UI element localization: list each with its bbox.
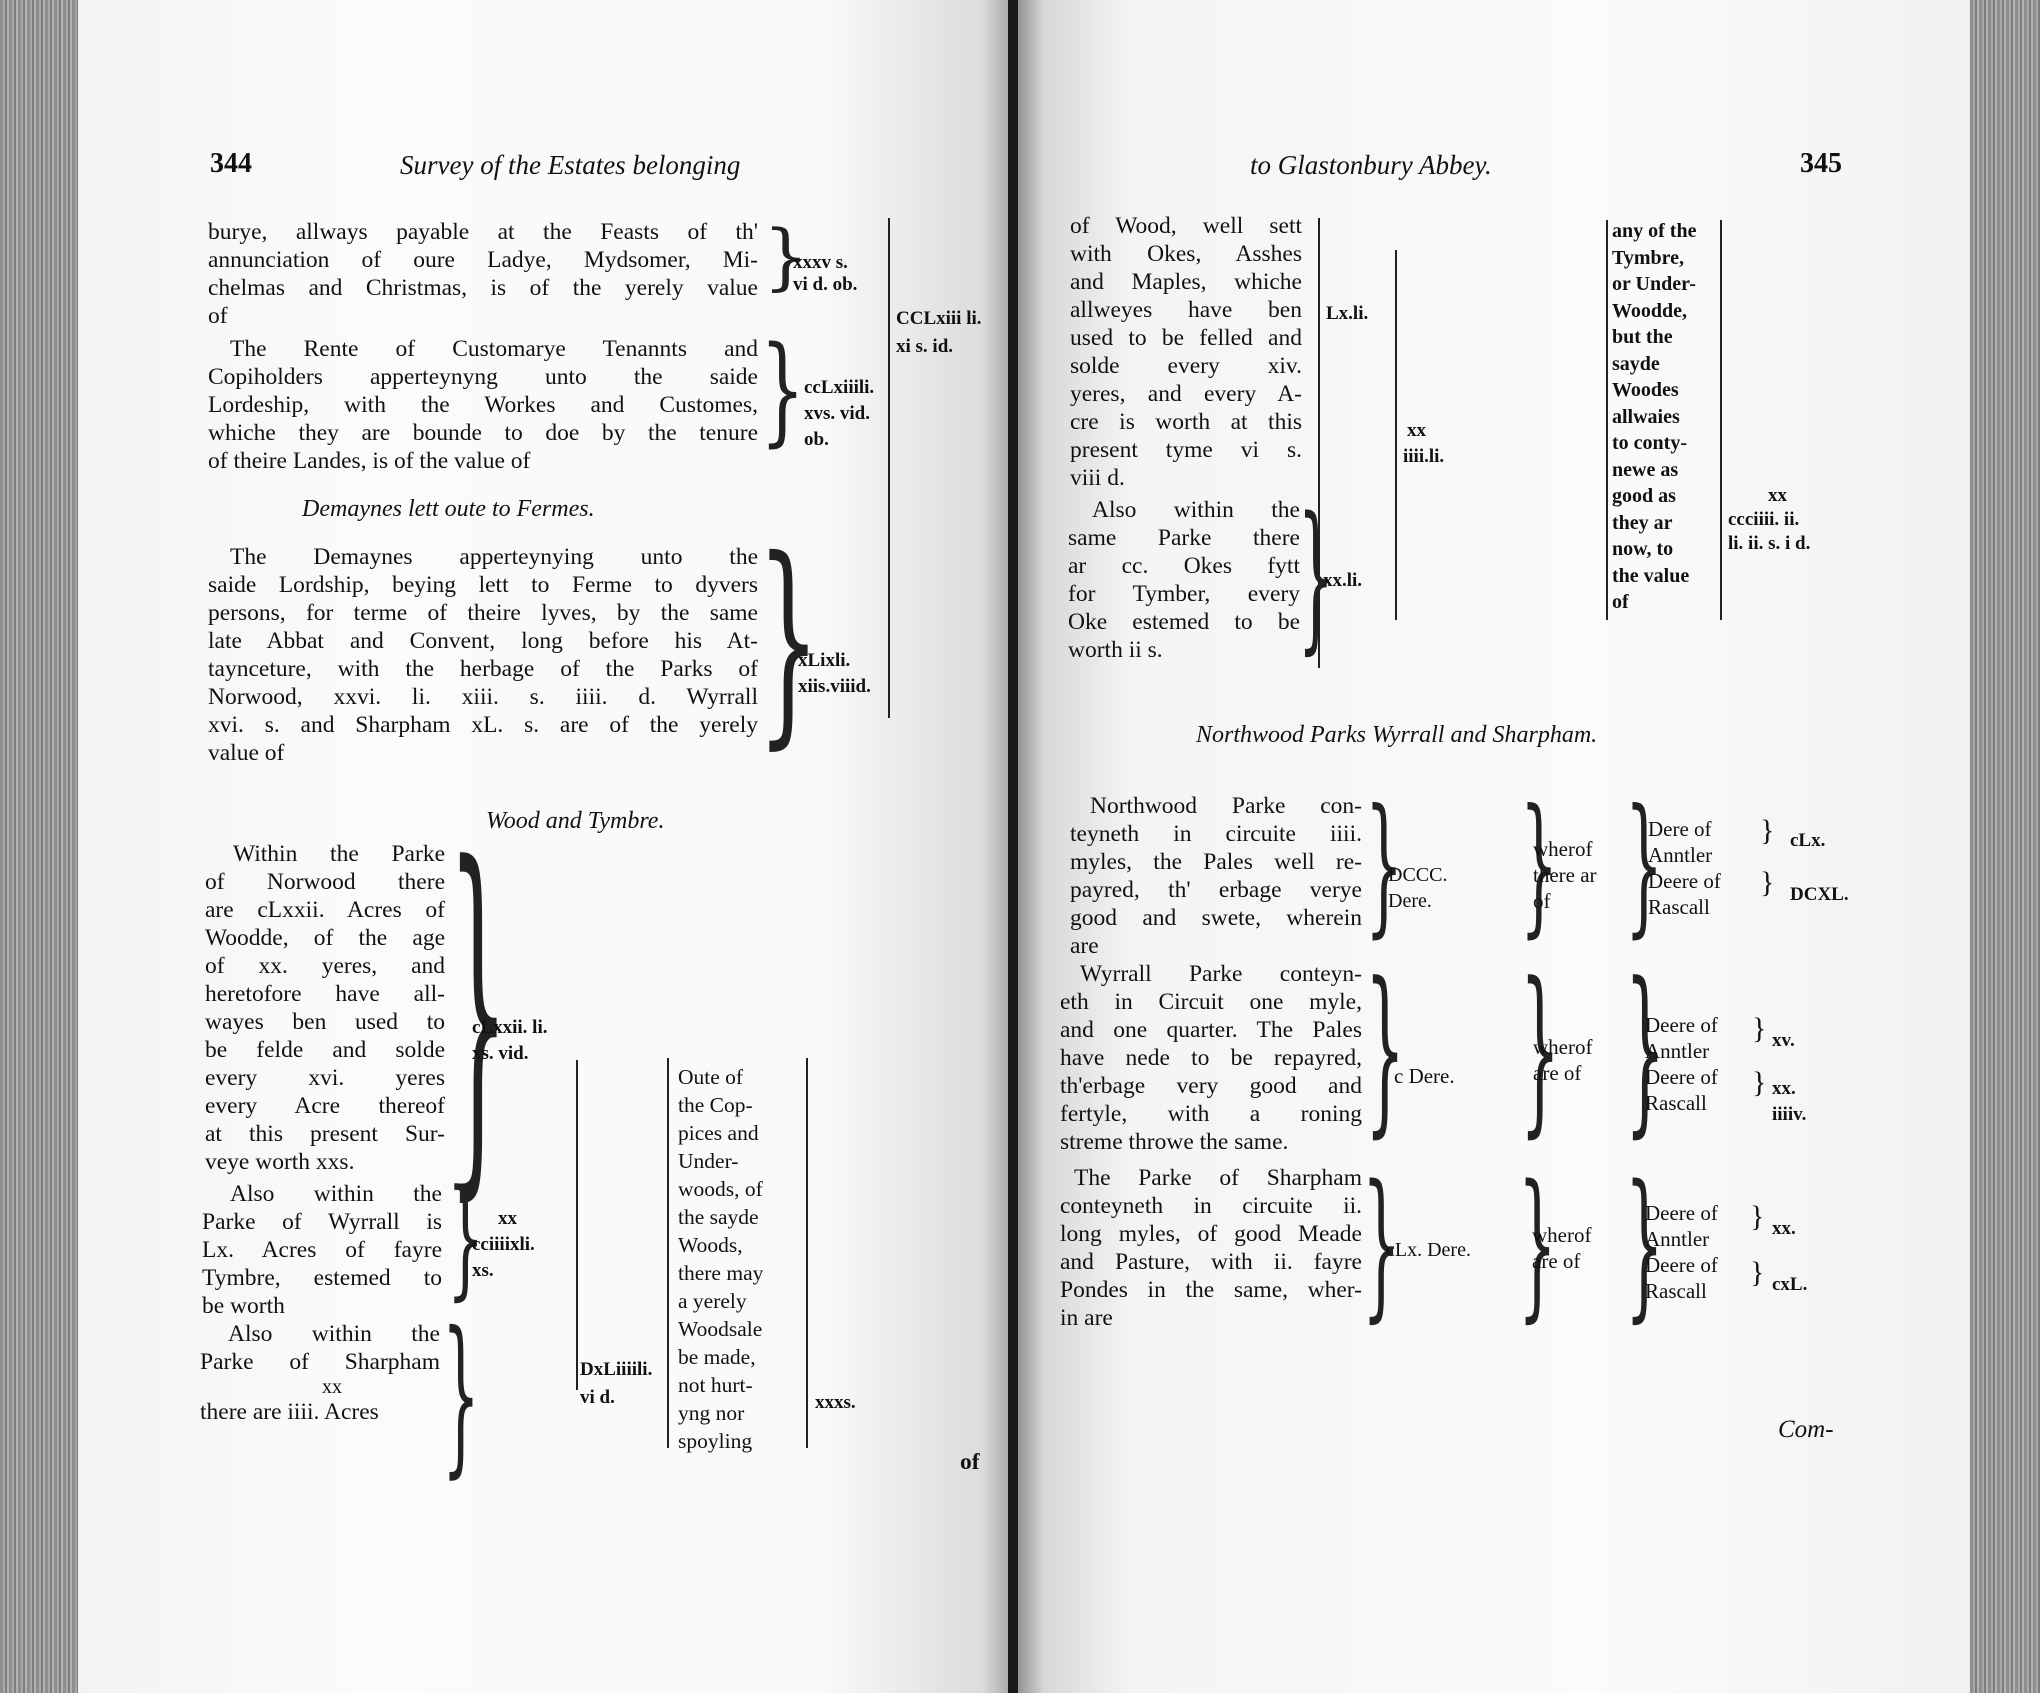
count-rascall-wyrrall: xx. iiiiv. <box>1772 1076 1822 1128</box>
brace-icon: } <box>1760 872 1774 894</box>
page-number-left: 344 <box>210 148 252 180</box>
total-northwood: DCCC.Dere. <box>1388 862 1447 914</box>
brace-icon: } <box>442 1310 480 1480</box>
column-rule <box>667 1058 669 1448</box>
column-rule <box>1606 220 1608 620</box>
park-wyrrall: Wyrrall Parke conteyn- eth in Circuit on… <box>1060 960 1362 1156</box>
okes-entry: Also within the same Parke there ar cc. … <box>1068 496 1300 664</box>
brace-icon: } <box>1750 1262 1764 1284</box>
count-rascall-sharpham: cxL. <box>1772 1274 1807 1296</box>
count-antler-sharpham: xx. <box>1772 1218 1796 1240</box>
section-heading-parks: Northwood Parks Wyrrall and Sharpham. <box>1196 722 1597 749</box>
book-gutter <box>1008 0 1018 1693</box>
section-heading-wood: Wood and Tymbre. <box>486 808 664 835</box>
wood-entry-norwood: Within the Parke of Norwood there are cL… <box>205 840 445 1176</box>
wood-entry-wyrrall: Also within the Parke of Wyrrall is Lx. … <box>202 1180 442 1320</box>
sharpham-wood-total: xxiiii.li. <box>1403 418 1444 470</box>
total-wyrrall: c Dere. <box>1394 1062 1455 1090</box>
wood-continued-entry: of Wood, well sett with Okes, Asshes and… <box>1070 212 1302 492</box>
brace-icon: } <box>757 530 820 750</box>
brace-icon: } <box>1752 1018 1766 1040</box>
value-wyrrall-wood: xxcciiiixli.xs. <box>472 1206 535 1284</box>
grand-total-wood: xxccciiii. ii.li. ii. s. i d. <box>1728 484 1810 556</box>
column-rule <box>888 218 890 718</box>
whereof-sharpham: wherofare of <box>1532 1222 1591 1274</box>
brace-icon: } <box>448 820 508 1200</box>
value-entry-2: ccLxiiili.xvs. vid.ob. <box>804 375 874 453</box>
rent-entry-1: burye, allways payable at the Feasts of … <box>208 218 758 330</box>
kinds-wyrrall: Deere ofAnntler Deere ofRascall <box>1645 1012 1718 1116</box>
demaynes-entry: The Demaynes apperteynying unto the said… <box>208 543 758 767</box>
book-fore-edge-right <box>1970 0 2040 1693</box>
brace-icon: } <box>1750 1206 1764 1228</box>
column-rule <box>576 1060 578 1390</box>
kinds-northwood: Dere ofAnntler Deere ofRascall <box>1648 816 1721 920</box>
whereof-northwood: wherofthere arof <box>1533 836 1597 914</box>
brace-icon: } <box>1752 1072 1766 1094</box>
running-head-left: Survey of the Estates belonging <box>400 150 740 181</box>
wood-entry-sharpham: Also within the Parke of Sharpham xx the… <box>200 1320 440 1426</box>
value-wood-continued: Lx.li. <box>1326 303 1368 325</box>
park-sharpham: The Parke of Sharpham conteyneth in circ… <box>1060 1164 1362 1332</box>
catchword-left: of <box>960 1448 980 1476</box>
park-northwood: Northwood Parke con- teyneth in circuite… <box>1070 792 1362 960</box>
value-demaynes: xLixli.xiis.viiid. <box>798 648 871 700</box>
value-entry-1: xxxv s.vi d. ob. <box>793 252 857 296</box>
column-rule <box>806 1058 808 1448</box>
count-antler-wyrrall: xv. <box>1772 1030 1795 1052</box>
subtotal-rents: CCLxiii li.xi s. id. <box>896 305 982 361</box>
whereof-wyrrall: wherofare of <box>1533 1034 1592 1086</box>
column-rule <box>1720 220 1722 620</box>
value-okes: xx.li. <box>1323 570 1362 592</box>
rent-entry-2: The Rente of Customarye Tenannts and Cop… <box>208 335 758 475</box>
brace-icon: } <box>760 330 805 448</box>
page-number-right: 345 <box>1800 148 1842 180</box>
brace-icon: } <box>1365 960 1405 1140</box>
section-heading-demaynes: Demaynes lett oute to Fermes. <box>302 496 595 523</box>
total-sharpham: cLx. Dere. <box>1386 1236 1471 1264</box>
column-rule <box>1395 250 1397 620</box>
brace-icon: } <box>1760 820 1774 842</box>
book-fore-edge-left <box>0 0 78 1693</box>
count-rascall-northwood: DCXL. <box>1790 884 1849 906</box>
catchword-right: Com- <box>1778 1416 1834 1444</box>
timber-column: any of theTymbre, or Under-Woodde, but t… <box>1612 218 1696 616</box>
kinds-sharpham: Deere ofAnntler Deere ofRascall <box>1645 1200 1718 1304</box>
running-head-right: to Glastonbury Abbey. <box>1250 150 1492 181</box>
coppice-column: Oute ofthe Cop- pices andUnder- woods, o… <box>678 1063 763 1455</box>
value-coppice: xxxs. <box>815 1392 856 1414</box>
count-antler-northwood: cLx. <box>1790 830 1825 852</box>
subtotal-wood: DxLiiiili.vi d. <box>580 1356 652 1412</box>
value-norwood-wood: cLxxii. li.xs. vid. <box>472 1015 547 1067</box>
